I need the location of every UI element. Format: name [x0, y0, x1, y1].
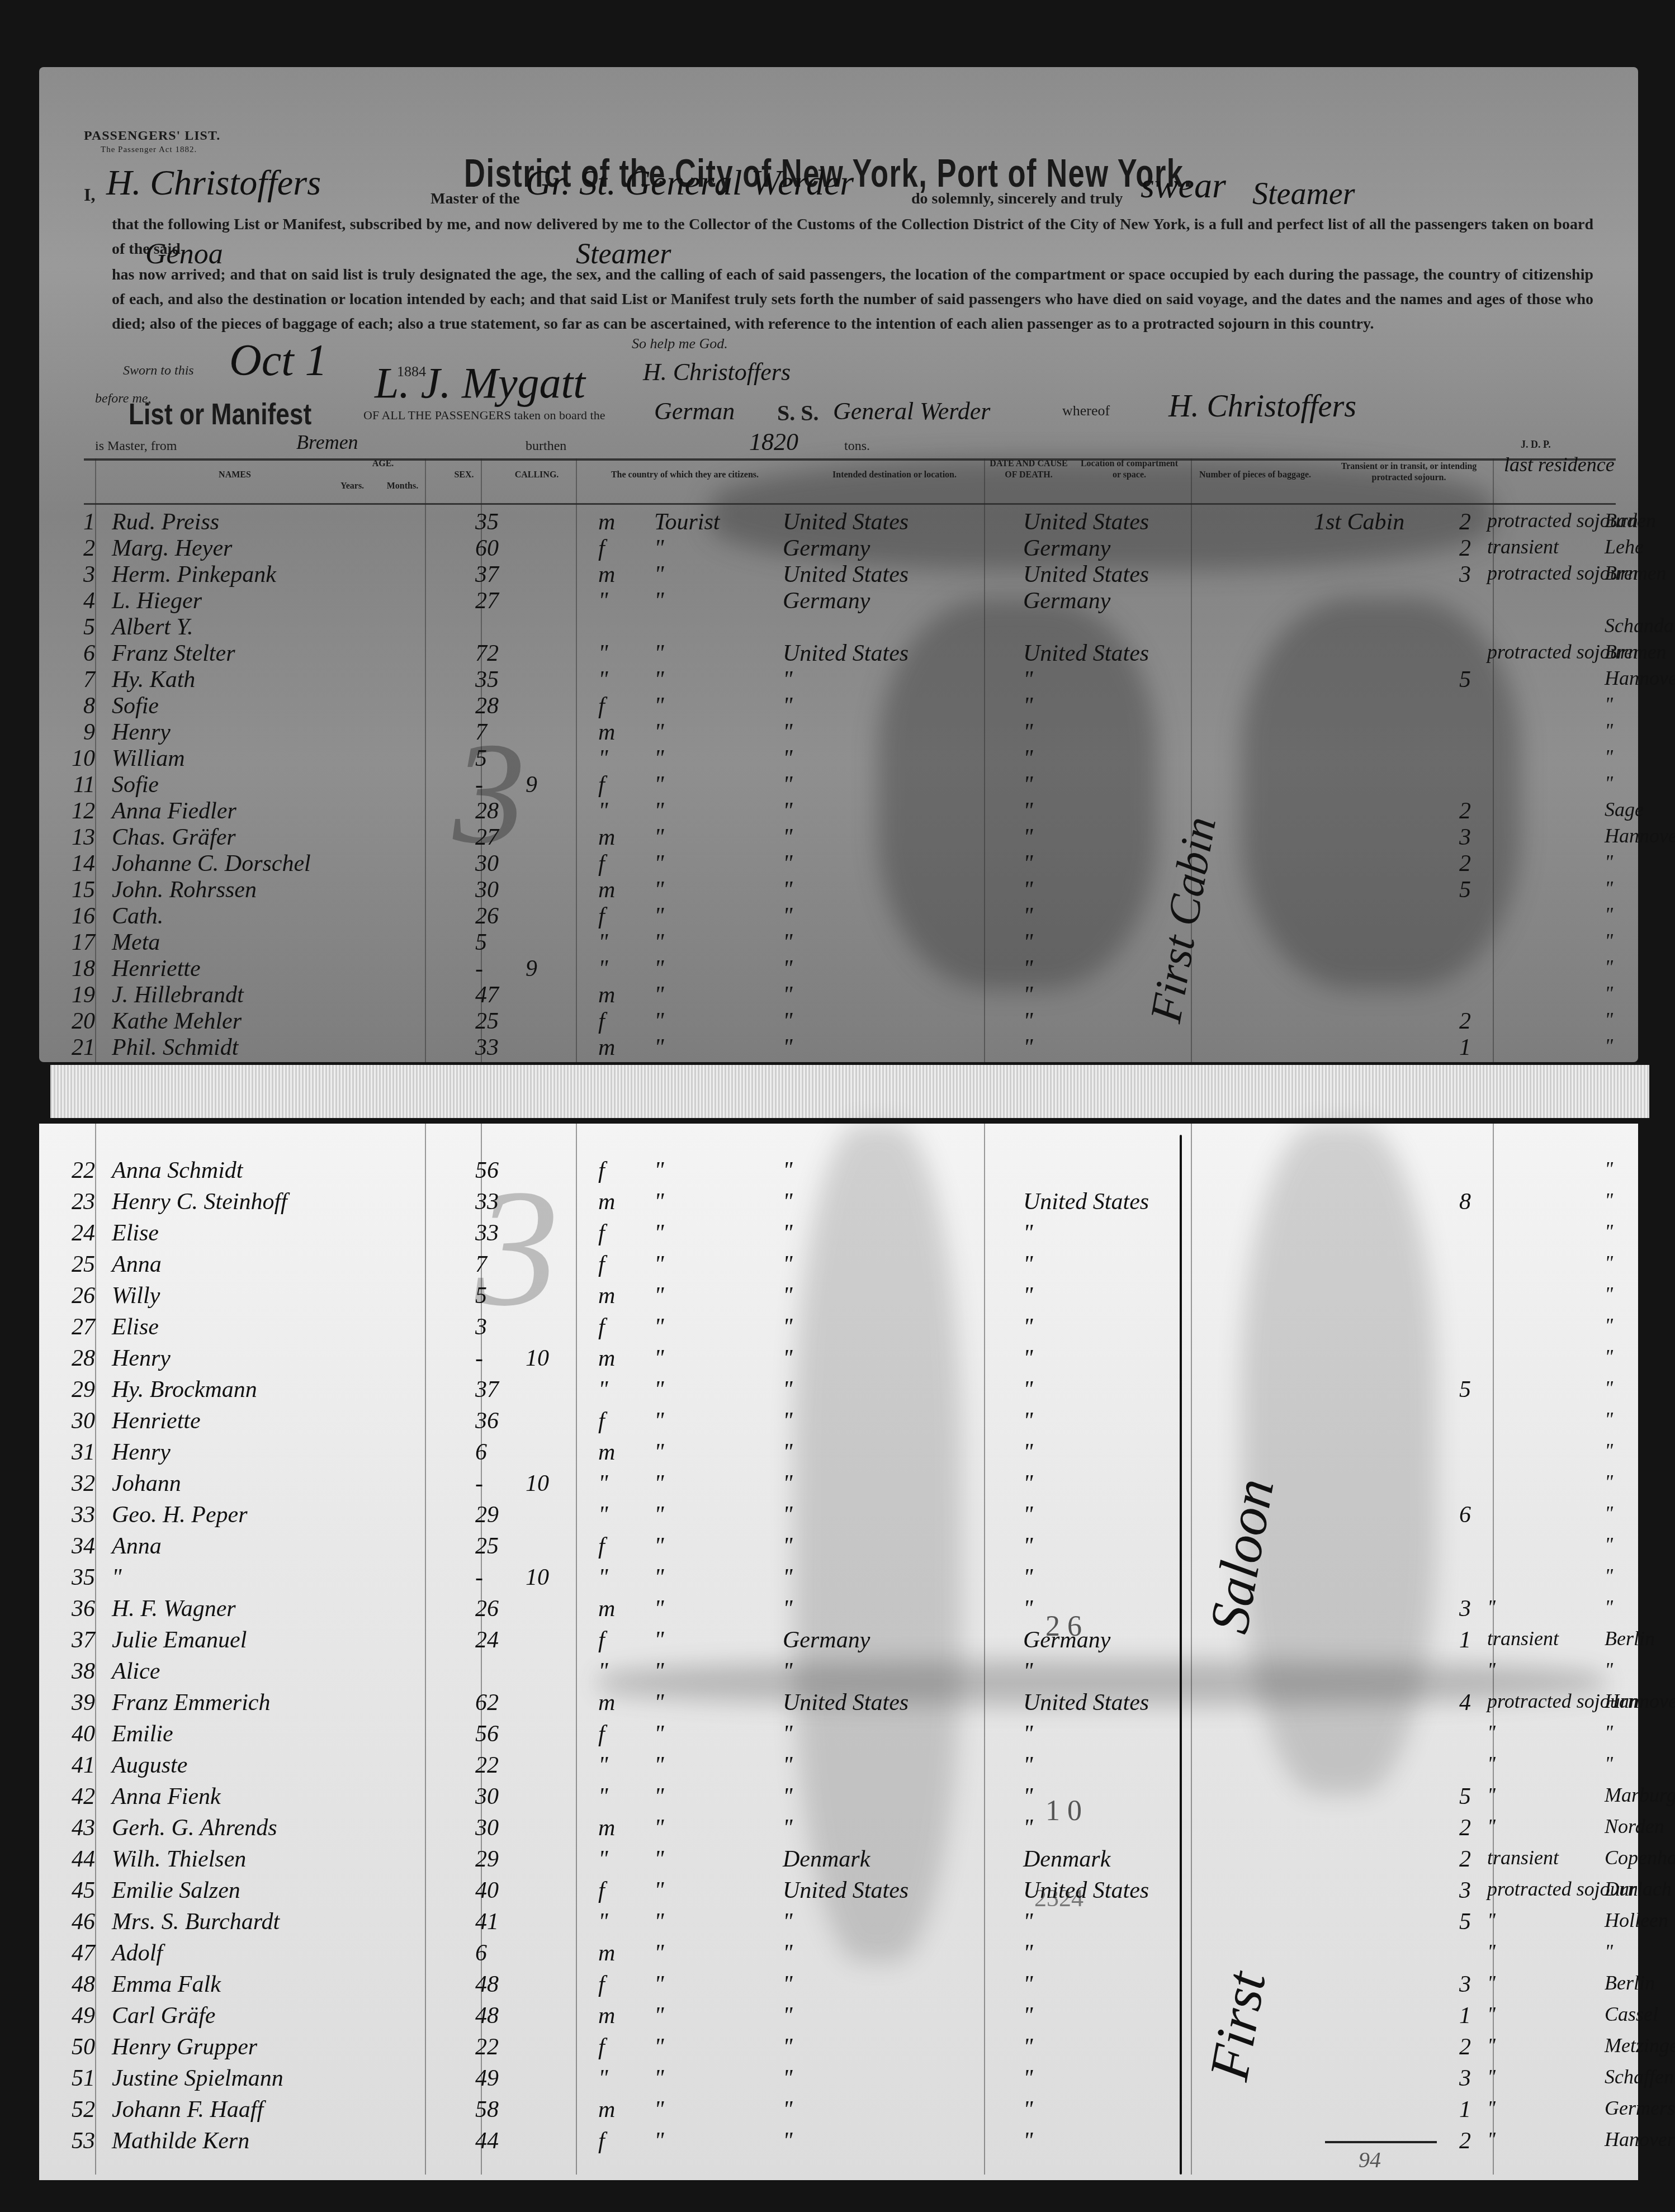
- row-number: 11: [56, 771, 95, 798]
- passenger-name: Anna Schmidt: [112, 1157, 243, 1184]
- passenger-name: Herm. Pinkepank: [112, 561, 276, 588]
- row-number: 21: [56, 1034, 95, 1061]
- baggage-count: 2: [1459, 2034, 1471, 2061]
- country: ": [783, 719, 793, 746]
- country: ": [783, 745, 793, 772]
- age-years: 5: [475, 929, 487, 956]
- passenger-name: Anna: [112, 1533, 162, 1560]
- age-years: 48: [475, 1971, 499, 1998]
- calling: ": [654, 588, 664, 614]
- age-years: 33: [475, 1220, 499, 1247]
- row-number: 27: [56, 1314, 95, 1341]
- calling: ": [654, 1376, 664, 1403]
- column-divider: [1191, 1124, 1192, 2175]
- sex: ": [598, 640, 608, 667]
- form-act: The Passenger Act 1882.: [101, 145, 197, 155]
- transit-status: ": [1487, 1815, 1496, 1838]
- row-number: 13: [56, 824, 95, 851]
- passenger-name: Franz Emmerich: [112, 1689, 270, 1716]
- last-residence: ": [1605, 745, 1613, 769]
- sex: ": [598, 1846, 608, 1873]
- so-help-label: So help me God.: [632, 335, 728, 352]
- sex: m: [598, 1188, 615, 1215]
- calling: ": [654, 693, 664, 719]
- sex: m: [598, 1940, 615, 1967]
- destination: Germany: [1023, 1627, 1110, 1654]
- country: ": [783, 1314, 793, 1341]
- column-divider: [576, 1124, 577, 2175]
- row-number: 42: [56, 1783, 95, 1810]
- vessel-handwritten: Gr. St. General Werder: [526, 162, 854, 203]
- age-years: 30: [475, 850, 499, 877]
- last-residence: ": [1605, 1721, 1613, 1744]
- sex: m: [598, 1345, 615, 1372]
- country: ": [783, 1971, 793, 1998]
- whereof-label: whereof: [1062, 402, 1110, 419]
- row-number: 39: [56, 1689, 95, 1716]
- water-stain: [1241, 598, 1521, 989]
- compartment-first-handwritten: First: [1196, 1967, 1279, 2085]
- sex: f: [598, 1157, 605, 1184]
- destination: ": [1023, 929, 1033, 956]
- country: ": [783, 1157, 793, 1184]
- age-months: 9: [526, 771, 537, 798]
- calling: ": [654, 1752, 664, 1779]
- age-years: 33: [475, 1188, 499, 1215]
- last-residence: ": [1605, 1157, 1613, 1181]
- row-number: 26: [56, 1282, 95, 1309]
- calling: ": [654, 1408, 664, 1434]
- country: ": [783, 1188, 793, 1215]
- row-number: 15: [56, 877, 95, 903]
- row-number: 43: [56, 1815, 95, 1841]
- country: ": [783, 2002, 793, 2029]
- baggage-count: 6: [1459, 1501, 1471, 1528]
- last-residence: ": [1605, 982, 1613, 1005]
- baggage-count: 1: [1459, 2096, 1471, 2123]
- age-years: 26: [475, 1595, 499, 1622]
- sex: m: [598, 982, 615, 1008]
- transit-status: ": [1487, 1783, 1496, 1807]
- transit-status: ": [1487, 1752, 1496, 1775]
- column-divider: [425, 458, 426, 1062]
- header-bottom-rule: [84, 503, 1616, 505]
- destination: ": [1023, 1376, 1033, 1403]
- sex: f: [598, 1721, 605, 1747]
- age-years: 72: [475, 640, 499, 667]
- calling: ": [654, 1595, 664, 1622]
- row-number: 1: [56, 509, 95, 536]
- last-residence: Marburg: [1605, 1783, 1675, 1807]
- last-residence: ": [1605, 1008, 1613, 1031]
- of-all-passengers-label: OF ALL THE PASSENGERS taken on board the: [363, 408, 605, 423]
- col-compartment: Location of compartment or space.: [1079, 458, 1180, 481]
- sex: f: [598, 1533, 605, 1560]
- country: ": [783, 824, 793, 851]
- country: ": [783, 903, 793, 930]
- row-number: 18: [56, 955, 95, 982]
- destination: United States: [1023, 1188, 1149, 1215]
- destination: ": [1023, 1008, 1033, 1035]
- last-residence: Berlin: [1605, 1627, 1655, 1650]
- sex: ": [598, 588, 608, 614]
- country: ": [783, 1815, 793, 1841]
- destination: ": [1023, 2065, 1033, 2092]
- row-number: 3: [56, 561, 95, 588]
- calling: ": [654, 1470, 664, 1497]
- row-number: 22: [56, 1157, 95, 1184]
- sex: ": [598, 1564, 608, 1591]
- last-residence: Schaffenburg: [1605, 2065, 1675, 2088]
- calling: ": [654, 1971, 664, 1998]
- sex: f: [598, 1971, 605, 1998]
- country: ": [783, 1908, 793, 1935]
- sex: m: [598, 2002, 615, 2029]
- baggage-count: 5: [1459, 1783, 1471, 1810]
- sworn-label: Sworn to this: [123, 363, 194, 378]
- sex: f: [598, 1251, 605, 1278]
- row-number: 19: [56, 982, 95, 1008]
- manifest-lower-sheet: Saloon First 3 2324 1 0 2 6 94 22 Anna S…: [39, 1124, 1638, 2180]
- age-years: -: [475, 1345, 483, 1372]
- calling: ": [654, 1940, 664, 1967]
- master-name-handwritten: H. Christoffers: [106, 162, 321, 203]
- age-years: 41: [475, 1908, 499, 1935]
- row-number: 35: [56, 1564, 95, 1591]
- col-death: DATE AND CAUSE OF DEATH.: [990, 458, 1068, 481]
- transit-status: ": [1487, 2096, 1496, 2120]
- baggage-count: 3: [1459, 1971, 1471, 1998]
- last-residence: ": [1605, 1533, 1613, 1556]
- row-number: 47: [56, 1940, 95, 1967]
- row-number: 23: [56, 1188, 95, 1215]
- sex: ": [598, 1752, 608, 1779]
- calling: ": [654, 982, 664, 1008]
- age-years: 24: [475, 1627, 499, 1654]
- last-residence: Hannover: [1605, 1689, 1675, 1713]
- passenger-name: Emma Falk: [112, 1971, 221, 1998]
- passenger-name: Anna: [112, 1251, 162, 1278]
- destination: United States: [1023, 509, 1149, 536]
- row-number: 10: [56, 745, 95, 772]
- row-number: 28: [56, 1345, 95, 1372]
- destination: ": [1023, 1908, 1033, 1935]
- age-years: 44: [475, 2128, 499, 2154]
- row-number: 14: [56, 850, 95, 877]
- last-residence: ": [1605, 1314, 1613, 1337]
- row-number: 8: [56, 693, 95, 719]
- calling: ": [654, 745, 664, 772]
- country: ": [783, 1721, 793, 1747]
- ss-label: S. S.: [777, 400, 819, 426]
- age-years: 28: [475, 693, 499, 719]
- last-residence: Bremen: [1605, 561, 1667, 585]
- calling: ": [654, 2002, 664, 2029]
- passenger-name: Carl Gräfe: [112, 2002, 216, 2029]
- age-years: 27: [475, 824, 499, 851]
- sex: ": [598, 1908, 608, 1935]
- last-residence: ": [1605, 903, 1613, 926]
- last-residence: ": [1605, 877, 1613, 900]
- calling: Tourist: [654, 509, 720, 536]
- column-divider: [576, 458, 577, 1062]
- column-divider: [984, 1124, 985, 2175]
- country: ": [783, 2065, 793, 2092]
- vessel-type-handwritten: Steamer: [1252, 176, 1355, 212]
- age-years: 47: [475, 982, 499, 1008]
- passenger-name: Henry: [112, 1345, 171, 1372]
- age-years: 3: [475, 1314, 487, 1341]
- destination: ": [1023, 824, 1033, 851]
- calling: ": [654, 1815, 664, 1841]
- calling: ": [654, 771, 664, 798]
- manifest-upper-sheet: PASSENGERS' LIST. The Passenger Act 1882…: [39, 67, 1638, 1062]
- age-years: 30: [475, 1783, 499, 1810]
- passenger-name: Albert Y.: [112, 614, 193, 641]
- col-residence-handwritten: last residence: [1504, 453, 1615, 476]
- sex: ": [598, 1501, 608, 1528]
- age-years: 56: [475, 1721, 499, 1747]
- age-years: 29: [475, 1501, 499, 1528]
- calling: ": [654, 1314, 664, 1341]
- destination: ": [1023, 1658, 1033, 1685]
- country: ": [783, 1220, 793, 1247]
- passenger-name: Kathe Mehler: [112, 1008, 242, 1035]
- destination: ": [1023, 1940, 1033, 1967]
- age-years: 5: [475, 745, 487, 772]
- last-residence: Berlin: [1605, 1971, 1655, 1995]
- passenger-name: Anna Fiedler: [112, 798, 236, 825]
- age-years: 35: [475, 666, 499, 693]
- row-number: 41: [56, 1752, 95, 1779]
- sex: f: [598, 1008, 605, 1035]
- transit-status: ": [1487, 1908, 1496, 1932]
- row-number: 4: [56, 588, 95, 614]
- calling: ": [654, 1783, 664, 1810]
- country: ": [783, 1345, 793, 1372]
- baggage-count: 5: [1459, 877, 1471, 903]
- age-years: 22: [475, 2034, 499, 2061]
- col-months: Months.: [380, 481, 425, 492]
- from-port-handwritten: Bremen: [296, 430, 358, 454]
- passenger-name: Chas. Gräfer: [112, 824, 236, 851]
- country: ": [783, 2128, 793, 2154]
- last-residence: ": [1605, 1376, 1613, 1400]
- age-years: -: [475, 955, 483, 982]
- sex: f: [598, 535, 605, 562]
- baggage-count: 3: [1459, 2065, 1471, 2092]
- passenger-name: Cath.: [112, 903, 163, 930]
- destination: ": [1023, 1971, 1033, 1998]
- baggage-count: 5: [1459, 1376, 1471, 1403]
- calling: ": [654, 561, 664, 588]
- column-divider: [984, 458, 985, 1062]
- baggage-count: 2: [1459, 509, 1471, 536]
- baggage-count: 3: [1459, 824, 1471, 851]
- baggage-total: 94: [1359, 2147, 1381, 2173]
- passenger-name: Justine Spielmann: [112, 2065, 283, 2092]
- fold-stain: [794, 1124, 962, 1962]
- calling: ": [654, 824, 664, 851]
- calling: ": [654, 1564, 664, 1591]
- last-residence: Schandau: [1605, 614, 1675, 637]
- age-years: 22: [475, 1752, 499, 1779]
- calling: ": [654, 955, 664, 982]
- calling: ": [654, 1721, 664, 1747]
- destination: ": [1023, 2096, 1033, 2123]
- transit-status: transient: [1487, 535, 1559, 558]
- last-residence: ": [1605, 1034, 1613, 1058]
- list-or-manifest-label: List or Manifest: [129, 397, 311, 432]
- calling: ": [654, 1282, 664, 1309]
- row-number: 46: [56, 1908, 95, 1935]
- age-years: 35: [475, 509, 499, 536]
- destination: ": [1023, 1408, 1033, 1434]
- destination: Germany: [1023, 588, 1110, 614]
- last-residence: ": [1605, 1940, 1613, 1963]
- baggage-count: 5: [1459, 1908, 1471, 1935]
- oath-continuation: has now arrived; and that on said list i…: [112, 263, 1593, 337]
- age-years: 7: [475, 719, 487, 746]
- passenger-name: Emilie Salzen: [112, 1877, 240, 1904]
- passenger-name: Henry Grupper: [112, 2034, 257, 2061]
- age-years: 37: [475, 1376, 499, 1403]
- country: ": [783, 955, 793, 982]
- destination: ": [1023, 1034, 1033, 1061]
- swear-handwritten: swear: [1141, 165, 1226, 206]
- passenger-name: Johann: [112, 1470, 181, 1497]
- passenger-name: Johann F. Haaff: [112, 2096, 263, 2123]
- calling: ": [654, 1345, 664, 1372]
- solemnly-label: do solemnly, sincerely and truly: [911, 190, 1123, 208]
- passenger-name: Anna Fienk: [112, 1783, 221, 1810]
- destination: ": [1023, 1783, 1033, 1810]
- passenger-name: Henriette: [112, 1408, 201, 1434]
- passenger-name: Henry C. Steinhoff: [112, 1188, 287, 1215]
- passenger-name: Auguste: [112, 1752, 187, 1779]
- calling: ": [654, 1846, 664, 1873]
- destination: ": [1023, 2034, 1033, 2061]
- sex: f: [598, 1314, 605, 1341]
- row-number: 9: [56, 719, 95, 746]
- age-years: 7: [475, 1251, 487, 1278]
- sex: ": [598, 929, 608, 956]
- destination: ": [1023, 1314, 1033, 1341]
- passenger-name: Marg. Heyer: [112, 535, 232, 562]
- destination: ": [1023, 719, 1033, 746]
- country: ": [783, 1408, 793, 1434]
- calling: ": [654, 1877, 664, 1904]
- age-years: 6: [475, 1940, 487, 1967]
- destination: ": [1023, 798, 1033, 825]
- col-years: Years.: [330, 481, 375, 492]
- baggage-count: 3: [1459, 1595, 1471, 1622]
- col-sex: SEX.: [447, 470, 481, 481]
- age-years: 28: [475, 798, 499, 825]
- last-residence: ": [1605, 719, 1613, 742]
- country: ": [783, 1533, 793, 1560]
- baggage-count: 2: [1459, 798, 1471, 825]
- transit-status: transient: [1487, 1846, 1559, 1869]
- country: ": [783, 1501, 793, 1528]
- sex: m: [598, 1282, 615, 1309]
- sex: m: [598, 877, 615, 903]
- age-months: 10: [526, 1345, 549, 1372]
- baggage-count: 4: [1459, 1689, 1471, 1716]
- row-number: 7: [56, 666, 95, 693]
- sex: ": [598, 955, 608, 982]
- col-country: The country of which they are citizens.: [593, 470, 777, 481]
- baggage-count: 2: [1459, 535, 1471, 562]
- last-residence: Durlach: [1605, 1877, 1672, 1901]
- passenger-name: Adolf: [112, 1940, 163, 1967]
- destination: ": [1023, 2002, 1033, 2029]
- baggage-count: 2: [1459, 1008, 1471, 1035]
- col-names: NAMES: [196, 470, 274, 481]
- country: ": [783, 1470, 793, 1497]
- row-number: 33: [56, 1501, 95, 1528]
- age-years: 37: [475, 561, 499, 588]
- destination: ": [1023, 850, 1033, 877]
- destination: United States: [1023, 1689, 1149, 1716]
- country: ": [783, 2034, 793, 2061]
- age-years: 58: [475, 2096, 499, 2123]
- clerk-initials: J. D. P.: [1521, 439, 1551, 451]
- passenger-name: Phil. Schmidt: [112, 1034, 238, 1061]
- country: Denmark: [783, 1846, 870, 1873]
- baggage-count: 8: [1459, 1188, 1471, 1215]
- country: ": [783, 666, 793, 693]
- last-residence: ": [1605, 1752, 1613, 1775]
- bracket-line: [1180, 1135, 1182, 2175]
- country: United States: [783, 561, 909, 588]
- baggage-count: 1: [1459, 1034, 1471, 1061]
- row-number: 36: [56, 1595, 95, 1622]
- is-master-from-label: is Master, from: [95, 439, 177, 454]
- sex: ": [598, 745, 608, 772]
- transit-status: ": [1487, 2065, 1496, 2088]
- country: ": [783, 2096, 793, 2123]
- destination: ": [1023, 877, 1033, 903]
- passenger-name: Henry: [112, 1439, 171, 1466]
- transit-status: ": [1487, 1595, 1496, 1619]
- destination: ": [1023, 1752, 1033, 1779]
- passenger-name: H. F. Wagner: [112, 1595, 236, 1622]
- destination: ": [1023, 693, 1033, 719]
- calling: ": [654, 2096, 664, 2123]
- passenger-name: Geo. H. Peper: [112, 1501, 248, 1528]
- transit-status: ": [1487, 1658, 1496, 1682]
- passenger-name: Gerh. G. Ahrends: [112, 1815, 277, 1841]
- calling: ": [654, 1689, 664, 1716]
- passenger-name: John. Rohrssen: [112, 877, 257, 903]
- tons-label: tons.: [844, 439, 870, 454]
- passenger-name: Sofie: [112, 693, 159, 719]
- destination: United States: [1023, 561, 1149, 588]
- sex: f: [598, 693, 605, 719]
- last-residence: Sage: [1605, 798, 1644, 821]
- destination: ": [1023, 982, 1033, 1008]
- baggage-count: 1: [1459, 2002, 1471, 2029]
- last-residence: ": [1605, 1439, 1613, 1462]
- row-number: 51: [56, 2065, 95, 2092]
- passenger-name: Johanne C. Dorschel: [112, 850, 311, 877]
- row-number: 52: [56, 2096, 95, 2123]
- calling: ": [654, 903, 664, 930]
- age-years: 40: [475, 1877, 499, 1904]
- age-years: 56: [475, 1157, 499, 1184]
- last-residence: ": [1605, 1251, 1613, 1275]
